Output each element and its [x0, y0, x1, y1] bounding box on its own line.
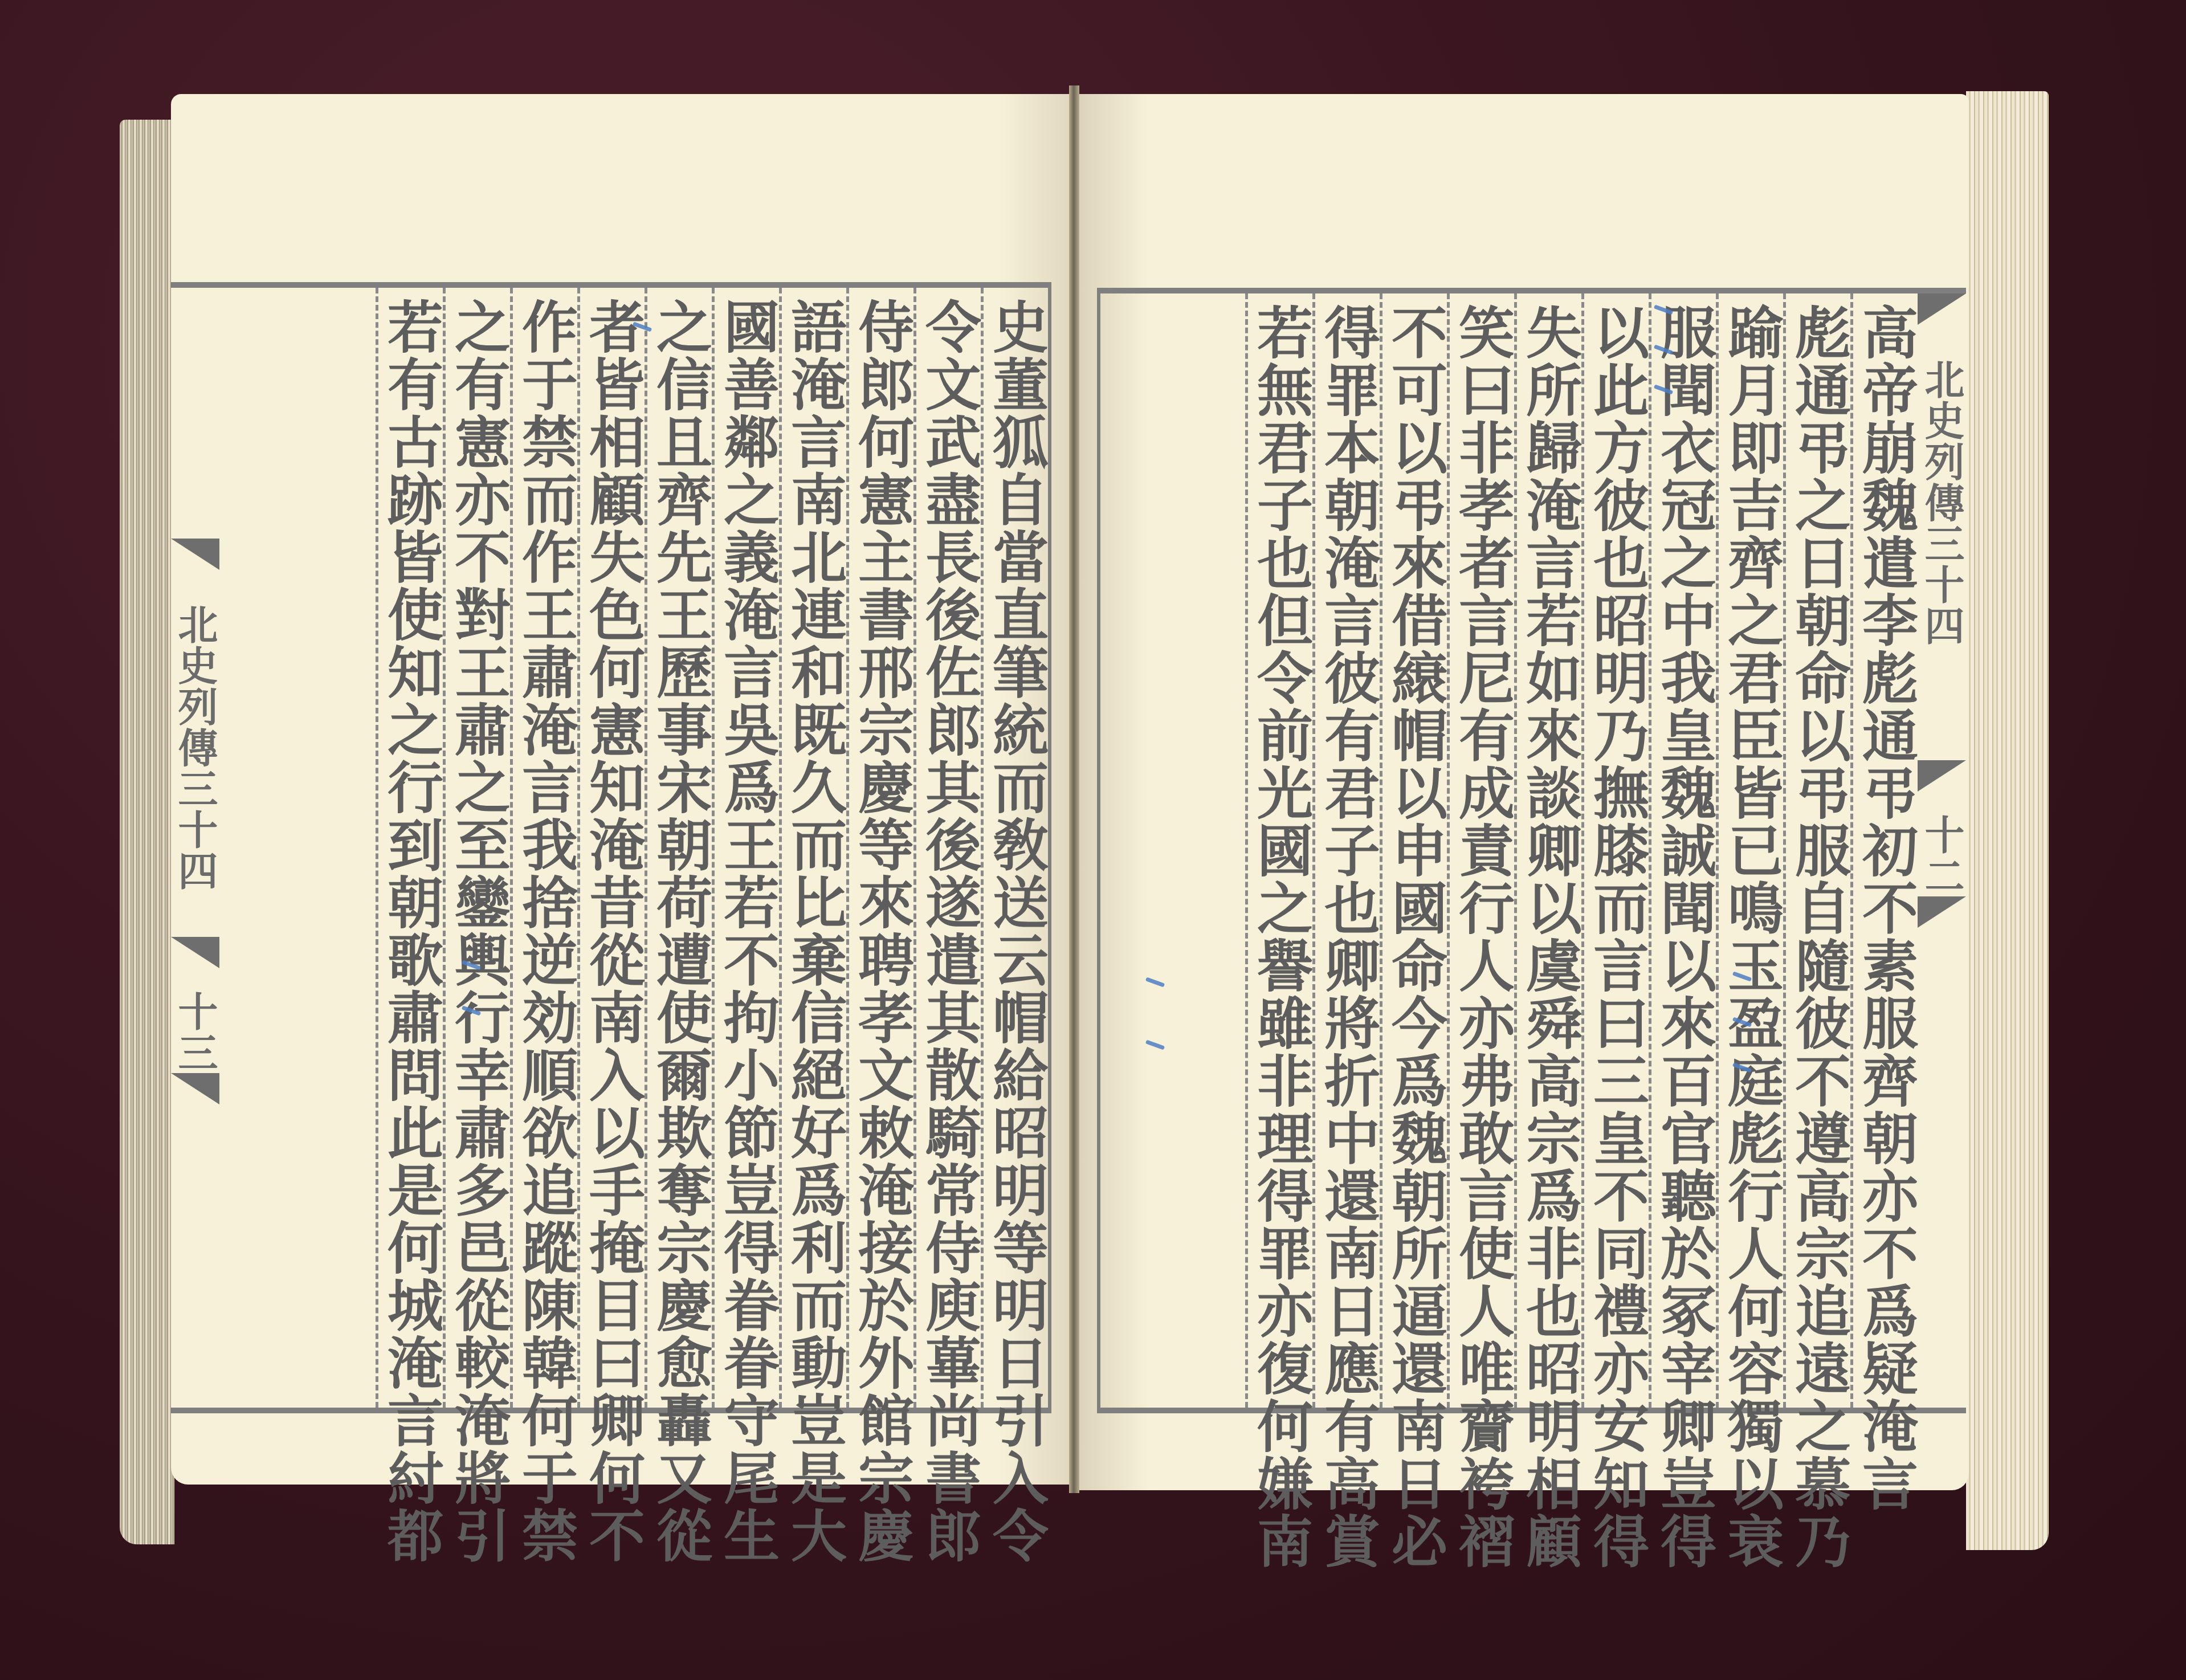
text-column: 彪通弔之日朝命以弔服自隨彼不遵高宗追遠之慕乃: [1783, 293, 1850, 1408]
left-text-columns: 史董狐自當直筆統而敎送云帽給昭明等明日引入令 令文武盡長後佐郎其後遂遣其散騎常侍…: [219, 288, 1048, 1408]
banxin-title: 北史列傳三十四: [166, 604, 224, 891]
fishtail-mark-icon: [171, 937, 219, 991]
text-column: 史董狐自當直筆統而敎送云帽給昭明等明日引入令: [981, 288, 1048, 1408]
text-column: 高帝崩魏遣李彪通弔初不素服齊朝亦不爲疑淹言: [1850, 293, 1918, 1408]
page-number: 十二: [1913, 814, 1971, 896]
text-column: 以此方彼也昭明乃撫膝而言曰三皇不同禮亦安知得: [1581, 293, 1649, 1408]
text-column: 令文武盡長後佐郎其後遂遣其散騎常侍庾蓽尚書郎: [913, 288, 981, 1408]
left-banxin: 北史列傳三十四 十三: [171, 288, 219, 1408]
right-text-columns: 高帝崩魏遣李彪通弔初不素服齊朝亦不爲疑淹言 彪通弔之日朝命以弔服自隨彼不遵高宗追…: [1100, 293, 1918, 1408]
fishtail-mark-icon: [1918, 896, 1966, 951]
text-column: 失所歸淹言若如來談卿以虞舜高宗爲非也昭明相顧: [1514, 293, 1581, 1408]
right-page-frame: 高帝崩魏遣李彪通弔初不素服齊朝亦不爲疑淹言 彪通弔之日朝命以弔服自隨彼不遵高宗追…: [1097, 288, 1966, 1413]
text-column: 服聞衣冠之中我皇魏誠聞以來百官聽於冢宰卿豈得: [1649, 293, 1716, 1408]
text-column: 若無君子也但令前光國之譽雖非理得罪亦復何嫌南: [1245, 293, 1312, 1408]
text-column: 國善鄰之義淹言吳爲王若不拘小節豈得眷眷守尾生: [712, 288, 779, 1408]
fishtail-mark-icon: [171, 539, 219, 593]
text-column: 踰月即吉齊之君臣皆已鳴玉盈庭彪行人何容獨以衰: [1716, 293, 1783, 1408]
text-column: 得罪本朝淹言彼有君子也卿將折中還南日應有高賞: [1312, 293, 1380, 1408]
text-column: 侍郎何憲主書邢宗慶等來聘孝文敕淹接於外館宗慶: [846, 288, 913, 1408]
text-column: 之信且齊先王歷事宋朝荷遭使爾欺奪宗慶愈轟又從: [645, 288, 712, 1408]
open-book: 北史列傳三十四 十三 史董狐自當直筆統而敎送云帽給昭明等明日引入令 令文武盡長後…: [0, 0, 2186, 1680]
left-page-frame: 北史列傳三十四 十三 史董狐自當直筆統而敎送云帽給昭明等明日引入令 令文武盡長後…: [171, 282, 1051, 1413]
text-column: 語淹言南北連和既久而比棄信絕好爲利而動豈是大: [779, 288, 846, 1408]
right-banxin: 北史列傳三十四 十二: [1918, 293, 1966, 1408]
banxin-title: 北史列傳三十四: [1913, 359, 1971, 646]
page-number: 十三: [166, 991, 224, 1073]
right-page-stack: [1966, 91, 2049, 1550]
fishtail-mark-icon: [1918, 293, 1966, 348]
fishtail-mark-icon: [1918, 760, 1966, 814]
fishtail-mark-icon: [171, 1073, 219, 1127]
book-gutter: [1069, 85, 1079, 1493]
text-column: 笑曰非孝者言尼有成責行人亦弗敢言使人唯齎袴褶: [1447, 293, 1514, 1408]
text-column: 之有憲亦不對王肅之至鑾輿行幸肅多邑從較淹將引: [443, 288, 510, 1408]
text-column: 若有古跡皆使知之行到朝歌肅問此是何城淹言紂都: [376, 288, 443, 1408]
text-column: 者皆相顧失色何憲知淹昔從南入以手掩目曰卿何不: [577, 288, 645, 1408]
text-column: 不可以弔來借縗帽以申國命今爲魏朝所逼還南日必: [1380, 293, 1447, 1408]
text-column: 作于禁而作王肅淹言我捨逆効順欲追蹤陳韓何于禁: [510, 288, 577, 1408]
